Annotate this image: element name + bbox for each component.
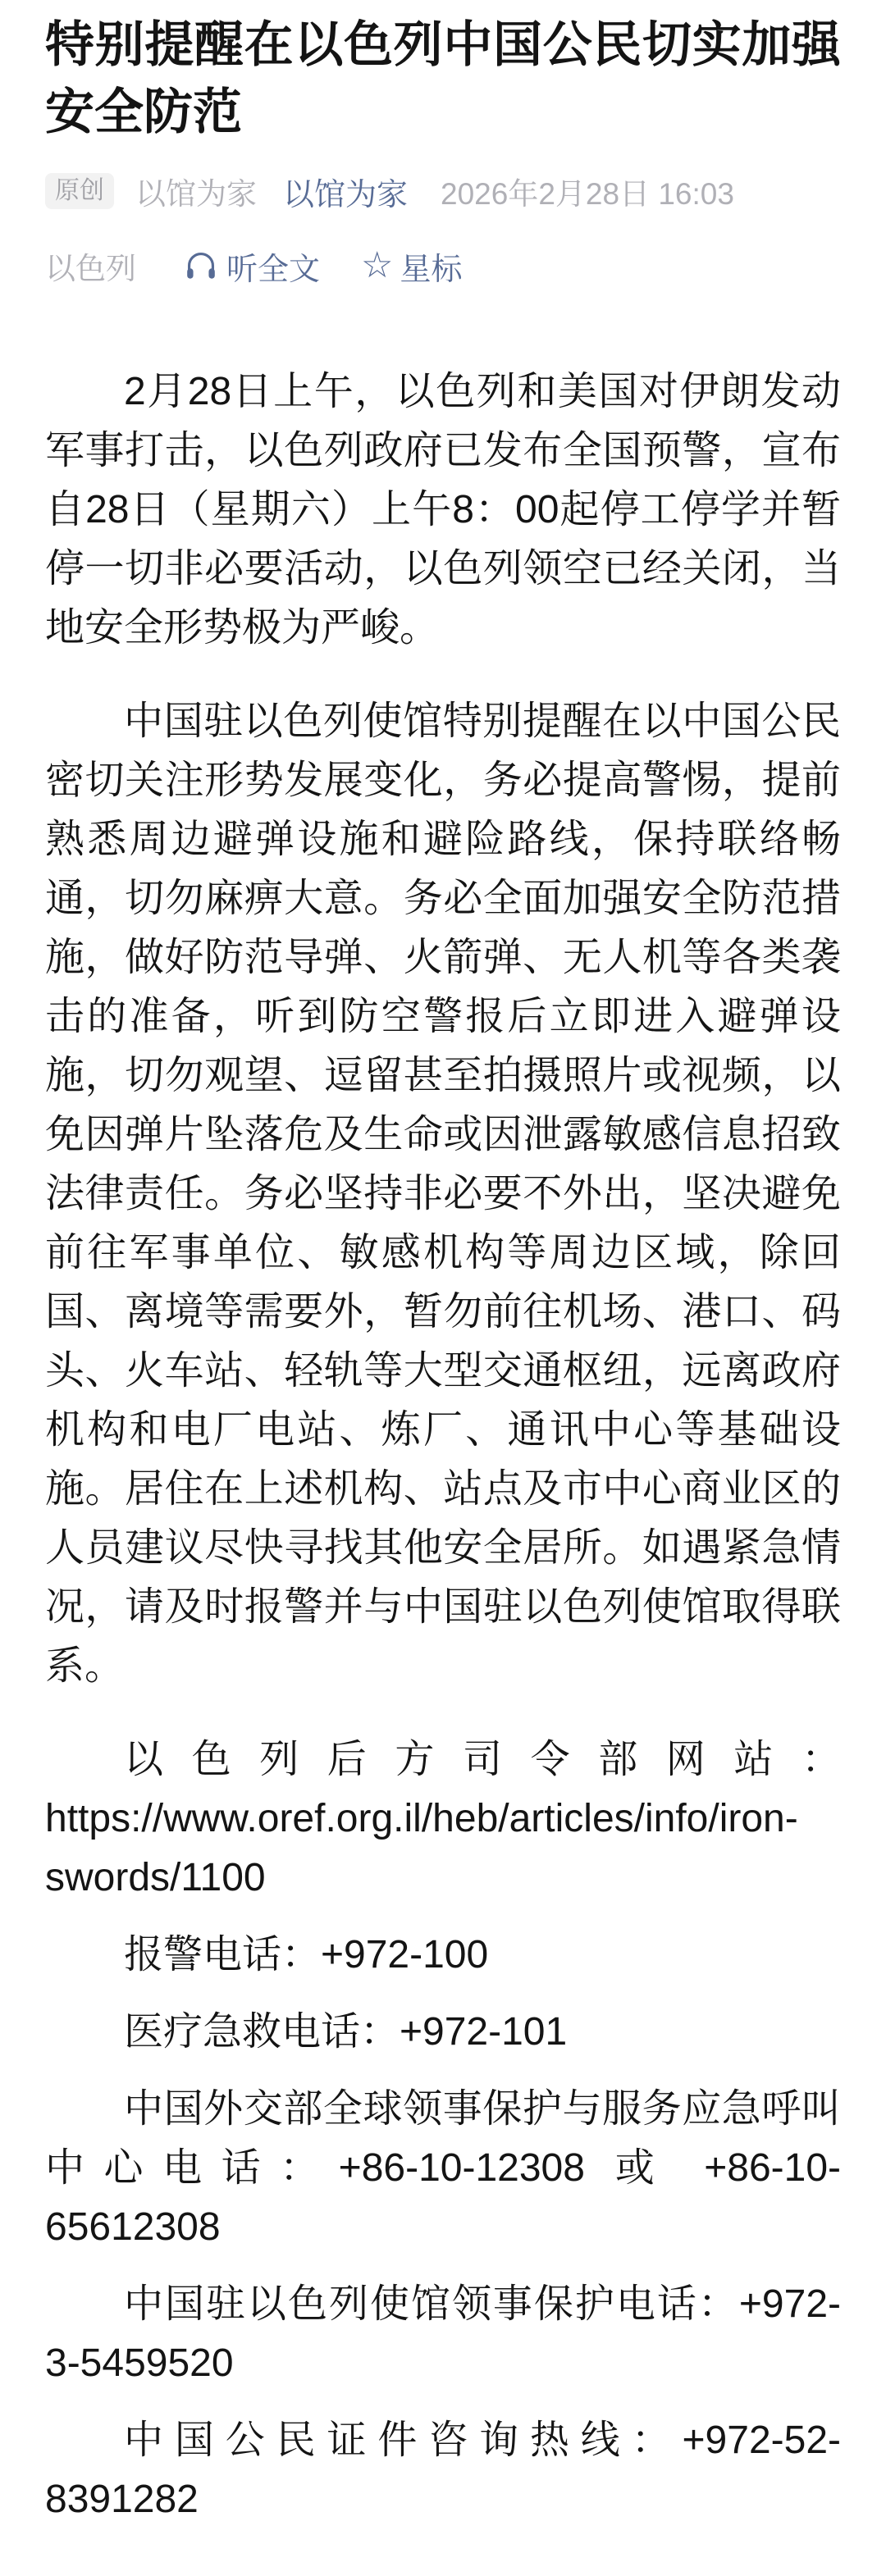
body-paragraph: 2月28日上午，以色列和美国对伊朗发动军事打击，以色列政府已发布全国预警，宣布自… [45,362,841,658]
account-name-link[interactable]: 以馆为家 [283,169,408,214]
location-tag[interactable]: 以色列 [45,244,136,288]
article-meta-row: 原创 以馆为家 以馆为家 2026年2月28日 16:03 [45,171,841,212]
listen-label: 听全文 [226,244,320,289]
body-paragraph-mfa-hotline: 中国外交部全球领事保护与服务应急呼叫中心电话：+86-10-12308 或 +8… [45,2080,841,2257]
body-paragraph-website: 以色列后方司令部网站：https://www.oref.org.il/heb/a… [45,1730,841,1908]
article-page: 特别提醒在以色列中国公民切实加强安全防范 原创 以馆为家 以馆为家 2026年2… [0,0,886,2529]
body-paragraph-embassy-phone: 中国驻以色列使馆领事保护电话：+972-3-5459520 [45,2275,841,2393]
listen-button[interactable]: 听全文 [184,244,320,289]
body-paragraph-medical-phone: 医疗急救电话：+972-101 [45,2003,841,2062]
publish-datetime: 2026年2月28日 16:03 [441,169,734,213]
article-body: 2月28日上午，以色列和美国对伊朗发动军事打击，以色列政府已发布全国预警，宣布自… [45,362,841,2529]
body-paragraph-document-hotline: 中国公民证件咨询热线：+972-52-8391282 [45,2411,841,2529]
star-icon: ☆ [361,248,393,284]
star-label: 星标 [400,244,462,289]
author-name: 以馆为家 [135,169,257,213]
star-button[interactable]: ☆ 星标 [361,244,462,289]
original-badge: 原创 [45,173,114,209]
article-actions-row: 以色列 听全文 ☆ 星标 [45,244,841,287]
headphones-icon [184,248,218,283]
body-paragraph-police-phone: 报警电话：+972-100 [45,1926,841,1985]
body-paragraph: 中国驻以色列使馆特别提醒在以中国公民密切关注形势发展变化，务必提高警惕，提前熟悉… [45,692,841,1696]
article-title: 特别提醒在以色列中国公民切实加强安全防范 [45,11,841,146]
